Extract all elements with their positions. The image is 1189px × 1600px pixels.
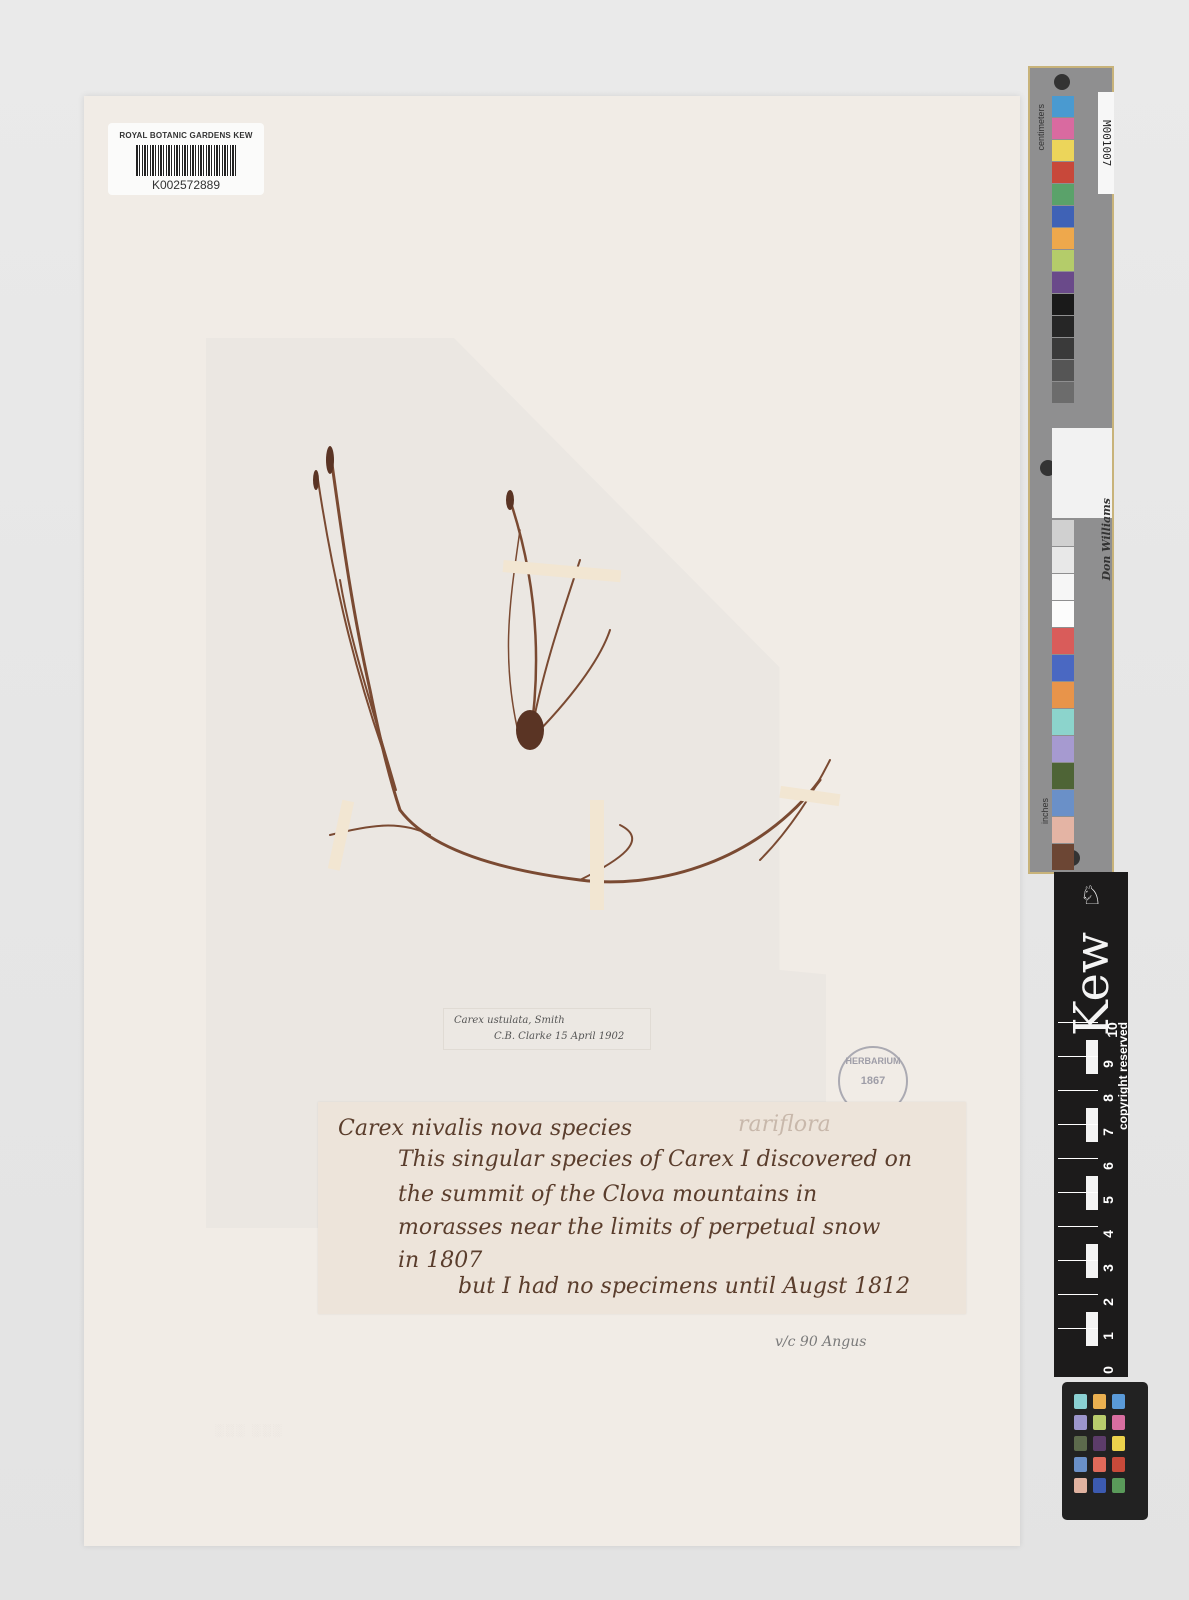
colour-swatch xyxy=(1052,272,1074,293)
colour-patch xyxy=(1093,1415,1106,1430)
ruler-number: 6 xyxy=(1100,1162,1116,1170)
ruler-segment xyxy=(1058,1226,1098,1260)
colour-patch xyxy=(1112,1394,1125,1409)
colour-swatch xyxy=(1052,338,1074,359)
note-line: but I had no specimens until Augst 1812 xyxy=(458,1274,910,1299)
copyright-text: copyright reserved xyxy=(1116,1022,1130,1130)
ruler-number: 5 xyxy=(1100,1196,1116,1204)
colour-patch xyxy=(1074,1436,1087,1451)
stamp-year: 1867 xyxy=(840,1075,906,1087)
cm-ruler xyxy=(1058,1022,1098,1372)
note-line: in 1807 xyxy=(398,1248,482,1273)
note-line: morasses near the limits of perpetual sn… xyxy=(398,1215,880,1240)
colour-patch xyxy=(1112,1415,1125,1430)
ruler-number: 3 xyxy=(1100,1264,1116,1272)
colour-patch xyxy=(1074,1394,1087,1409)
colour-swatch xyxy=(1052,96,1074,117)
determination-author-date: C.B. Clarke 15 April 1902 xyxy=(494,1031,624,1042)
ruler-segment xyxy=(1058,1294,1098,1328)
ruler-number: 2 xyxy=(1100,1298,1116,1306)
colour-patch xyxy=(1093,1436,1106,1451)
colour-swatch xyxy=(1052,763,1074,789)
ruler-number: 4 xyxy=(1100,1230,1116,1238)
colour-swatch xyxy=(1052,736,1074,762)
crest-icon: ♘ xyxy=(1074,880,1108,914)
note-line: This singular species of Carex I discove… xyxy=(398,1147,912,1172)
ruler-segment xyxy=(1058,1192,1098,1226)
note-line: the summit of the Clova mountains in xyxy=(398,1182,817,1207)
colour-swatch xyxy=(1052,547,1074,573)
colour-swatch xyxy=(1052,601,1074,627)
colour-swatch xyxy=(1052,206,1074,227)
colour-swatch xyxy=(1052,709,1074,735)
ruler-segment xyxy=(1058,1260,1098,1294)
handwritten-note: Carex nivalis nova species rariflora Thi… xyxy=(318,1102,966,1314)
institution-name: ROYAL BOTANIC GARDENS KEW xyxy=(108,131,264,140)
stamp-text: HERBARIUM xyxy=(840,1056,906,1066)
chart-label-inches: inches xyxy=(1040,798,1050,824)
colour-patch xyxy=(1112,1436,1125,1451)
ruler-number: 9 xyxy=(1100,1060,1116,1068)
determination-label: Carex ustulata, Smith C.B. Clarke 15 Apr… xyxy=(443,1008,651,1050)
colour-swatch xyxy=(1052,184,1074,205)
ruler-number: 7 xyxy=(1100,1128,1116,1136)
colour-swatch xyxy=(1052,628,1074,654)
colour-patch xyxy=(1112,1478,1125,1493)
colour-swatch xyxy=(1052,118,1074,139)
colour-swatch xyxy=(1052,790,1074,816)
colour-swatch xyxy=(1052,817,1074,843)
colour-swatch xyxy=(1052,520,1074,546)
colour-swatch xyxy=(1052,250,1074,271)
ruler-segment xyxy=(1058,1056,1098,1090)
ruler-number: 0 xyxy=(1100,1366,1116,1374)
ruler-segment xyxy=(1058,1124,1098,1158)
locality-note: v/c 90 Angus xyxy=(775,1334,866,1350)
barcode-label: ROYAL BOTANIC GARDENS KEW K002572889 xyxy=(108,123,264,195)
barcode-number: K002572889 xyxy=(108,178,264,192)
colour-swatch xyxy=(1052,140,1074,161)
ruler-segment xyxy=(1058,1328,1098,1362)
colour-swatch xyxy=(1052,228,1074,249)
colour-swatch xyxy=(1052,574,1074,600)
colour-swatch xyxy=(1052,844,1074,870)
ruler-number: 1 xyxy=(1100,1332,1116,1340)
barcode-icon xyxy=(136,145,236,176)
ruler-segment xyxy=(1058,1090,1098,1124)
colour-patch xyxy=(1093,1457,1106,1472)
kew-logo: Kew xyxy=(1068,932,1116,1036)
colour-swatch xyxy=(1052,360,1074,381)
colour-swatch xyxy=(1052,162,1074,183)
note-line: Carex nivalis nova species xyxy=(338,1116,632,1141)
faded-stamp: ░░░ ░░░ xyxy=(215,1423,283,1437)
colour-swatch xyxy=(1052,316,1074,337)
colour-patch xyxy=(1074,1478,1087,1493)
colour-patch xyxy=(1074,1415,1087,1430)
colour-swatch xyxy=(1052,294,1074,315)
colour-patch xyxy=(1093,1394,1106,1409)
plant-specimen-icon xyxy=(200,440,860,910)
chart-id: M001007 xyxy=(1098,92,1114,194)
chart-brand: Don Williams xyxy=(1100,498,1113,581)
colour-chart: centimeters inches M001007 Don Williams xyxy=(1028,66,1114,874)
determination-name: Carex ustulata, Smith xyxy=(454,1015,565,1026)
colour-swatch xyxy=(1052,682,1074,708)
note-annotation: rariflora xyxy=(738,1112,831,1137)
kew-scale-bar: ♘ Kew 012345678910 copyright reserved xyxy=(1054,872,1128,1377)
colour-swatch xyxy=(1052,382,1074,403)
ruler-number: 8 xyxy=(1100,1094,1116,1102)
colour-patch xyxy=(1093,1478,1106,1493)
colour-swatch xyxy=(1052,655,1074,681)
chart-label-centimeters: centimeters xyxy=(1036,104,1046,151)
colour-patch xyxy=(1074,1457,1087,1472)
ruler-segment xyxy=(1058,1158,1098,1192)
colour-card xyxy=(1062,1382,1148,1520)
colour-patch xyxy=(1112,1457,1125,1472)
chart-hole-icon xyxy=(1054,74,1070,90)
ruler-segment xyxy=(1058,1022,1098,1056)
